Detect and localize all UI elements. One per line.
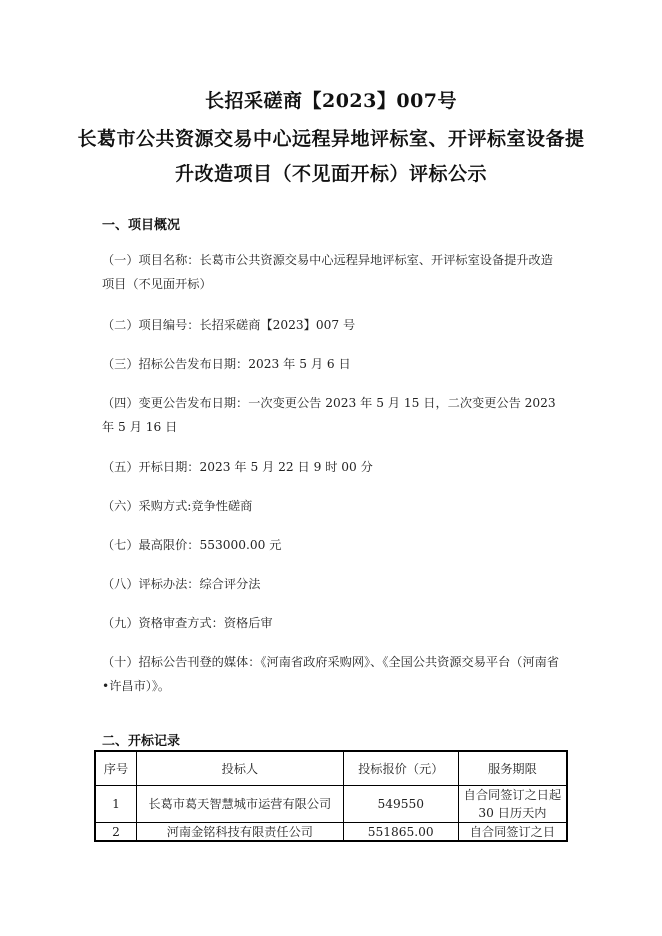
item-project-name: （一）项目名称：长葛市公共资源交易中心远程异地评标室、开评标室设备提升改造项目（… [102,248,564,296]
item-label: （八）评标办法： [102,577,200,591]
document-title-line-2: 长葛市公共资源交易中心远程异地评标室、开评标室设备提 [0,124,662,151]
document-title-line-3: 升改造项目（不见面开标）评标公示 [0,159,662,186]
item-evaluation-method: （八）评标办法：综合评分法 [102,572,564,596]
item-bid-opening-date: （五）开标日期：2023 年 5 月 22 日 9 时 00 分 [102,455,564,479]
table-row: 1 长葛市葛天智慧城市运营有限公司 549550 自合同签订之日起 30 日历天… [95,786,567,823]
item-publication-media: （十）招标公告刊登的媒体：《河南省政府采购网》、《全国公共资源交易平台（河南省•… [102,650,564,698]
cell-bidder: 长葛市葛天智慧城市运营有限公司 [136,786,343,823]
item-value: 长招采磋商【2023】007 号 [200,318,356,332]
document-title-line-1: 长招采磋商【2023】007号 [0,86,662,113]
cell-seq: 2 [95,823,136,842]
item-value: 2023 年 5 月 22 日 9 时 00 分 [200,460,373,474]
cell-service-term: 自合同签订之日起 30 日历天内 [458,786,567,823]
item-value: 2023 年 5 月 6 日 [248,357,350,371]
header-seq: 序号 [95,751,136,786]
item-label: （九）资格审查方式： [102,616,224,630]
item-label: （三）招标公告发布日期： [102,357,248,371]
cell-service-term: 自合同签订之日 [458,823,567,842]
item-label: （十）招标公告刊登的媒体： [102,655,260,669]
item-tender-notice-date: （三）招标公告发布日期：2023 年 5 月 6 日 [102,352,564,376]
item-project-number: （二）项目编号：长招采磋商【2023】007 号 [102,313,564,337]
section-heading-bid-opening-record: 二、开标记录 [102,730,180,749]
item-label: （一）项目名称： [102,253,200,267]
header-price: 投标报价（元） [343,751,458,786]
item-label: （六）采购方式: [102,499,191,513]
cell-price: 549550 [343,786,458,823]
item-label: （二）项目编号： [102,318,200,332]
item-label: （五）开标日期： [102,460,200,474]
item-qualification-review: （九）资格审查方式：资格后审 [102,611,564,635]
item-change-notice-date: （四）变更公告发布日期：一次变更公告 2023 年 5 月 15 日，二次变更公… [102,391,564,439]
table-header-row: 序号 投标人 投标报价（元） 服务期限 [95,751,567,786]
item-value: 553000.00 元 [200,538,282,552]
item-label: （七）最高限价： [102,538,200,552]
header-service-term: 服务期限 [458,751,567,786]
cell-seq: 1 [95,786,136,823]
item-procurement-method: （六）采购方式:竞争性磋商 [102,494,564,518]
cell-price: 551865.00 [343,823,458,842]
item-value: 综合评分法 [200,577,261,591]
item-value: 资格后审 [224,616,273,630]
bid-opening-table: 序号 投标人 投标报价（元） 服务期限 1 长葛市葛天智慧城市运营有限公司 54… [94,750,568,842]
item-value: 竞争性磋商 [191,499,252,513]
item-max-price: （七）最高限价：553000.00 元 [102,533,564,557]
cell-bidder: 河南金铭科技有限责任公司 [136,823,343,842]
header-bidder: 投标人 [136,751,343,786]
item-label: （四）变更公告发布日期： [102,396,248,410]
table-row: 2 河南金铭科技有限责任公司 551865.00 自合同签订之日 [95,823,567,842]
document-page: 长招采磋商【2023】007号 长葛市公共资源交易中心远程异地评标室、开评标室设… [0,0,662,936]
section-heading-project-overview: 一、项目概况 [102,214,180,233]
